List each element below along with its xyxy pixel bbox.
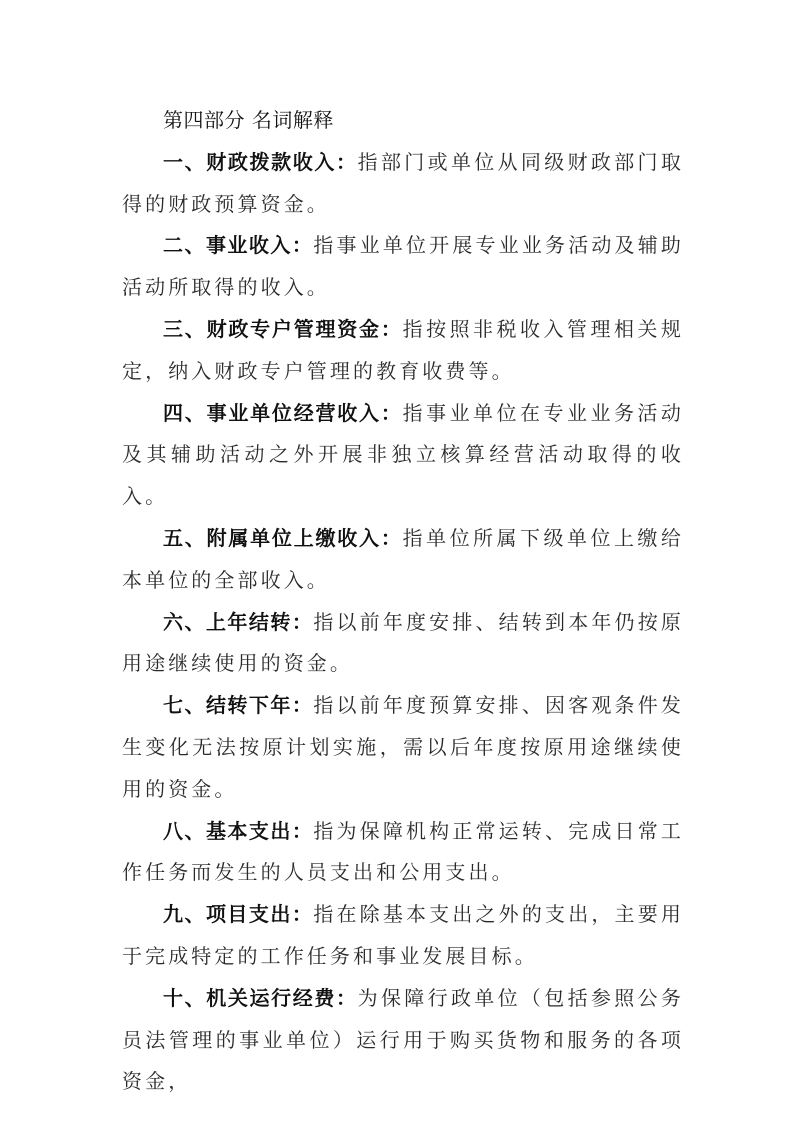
definition-term: 十、机关运行经费： — [163, 986, 358, 1010]
definition-8: 八、基本支出：指为保障机构正常运转、完成日常工作任务而发生的人员支出和公用支出。 — [122, 811, 684, 895]
definition-term: 五、附属单位上缴收入： — [163, 526, 403, 550]
definition-4: 四、事业单位经营收入：指事业单位在专业业务活动及其辅助活动之外开展非独立核算经营… — [122, 393, 684, 518]
definition-10: 十、机关运行经费：为保障行政单位（包括参照公务员法管理的事业单位）运行用于购买货… — [122, 978, 684, 1103]
definition-term: 一、财政拨款收入： — [163, 150, 358, 174]
definition-term: 二、事业收入： — [163, 233, 313, 257]
definition-term: 八、基本支出： — [163, 819, 313, 843]
definition-term: 六、上年结转： — [163, 610, 313, 634]
section-title: 第四部分 名词解释 — [122, 100, 684, 142]
definition-9: 九、项目支出：指在除基本支出之外的支出，主要用于完成特定的工作任务和事业发展目标… — [122, 894, 684, 978]
definition-5: 五、附属单位上缴收入：指单位所属下级单位上缴给本单位的全部收入。 — [122, 518, 684, 602]
definition-1: 一、财政拨款收入：指部门或单位从同级财政部门取得的财政预算资金。 — [122, 142, 684, 226]
definition-6: 六、上年结转：指以前年度安排、结转到本年仍按原用途继续使用的资金。 — [122, 602, 684, 686]
definition-term: 四、事业单位经营收入： — [163, 401, 403, 425]
definition-term: 三、财政专户管理资金： — [163, 317, 403, 341]
definition-7: 七、结转下年：指以前年度预算安排、因客观条件发生变化无法按原计划实施，需以后年度… — [122, 685, 684, 810]
definition-3: 三、财政专户管理资金：指按照非税收入管理相关规定，纳入财政专户管理的教育收费等。 — [122, 309, 684, 393]
definition-2: 二、事业收入：指事业单位开展专业业务活动及辅助活动所取得的收入。 — [122, 225, 684, 309]
definition-term: 七、结转下年： — [163, 693, 313, 717]
document-page: 第四部分 名词解释 一、财政拨款收入：指部门或单位从同级财政部门取得的财政预算资… — [122, 100, 684, 1103]
definition-term: 九、项目支出： — [163, 902, 313, 926]
